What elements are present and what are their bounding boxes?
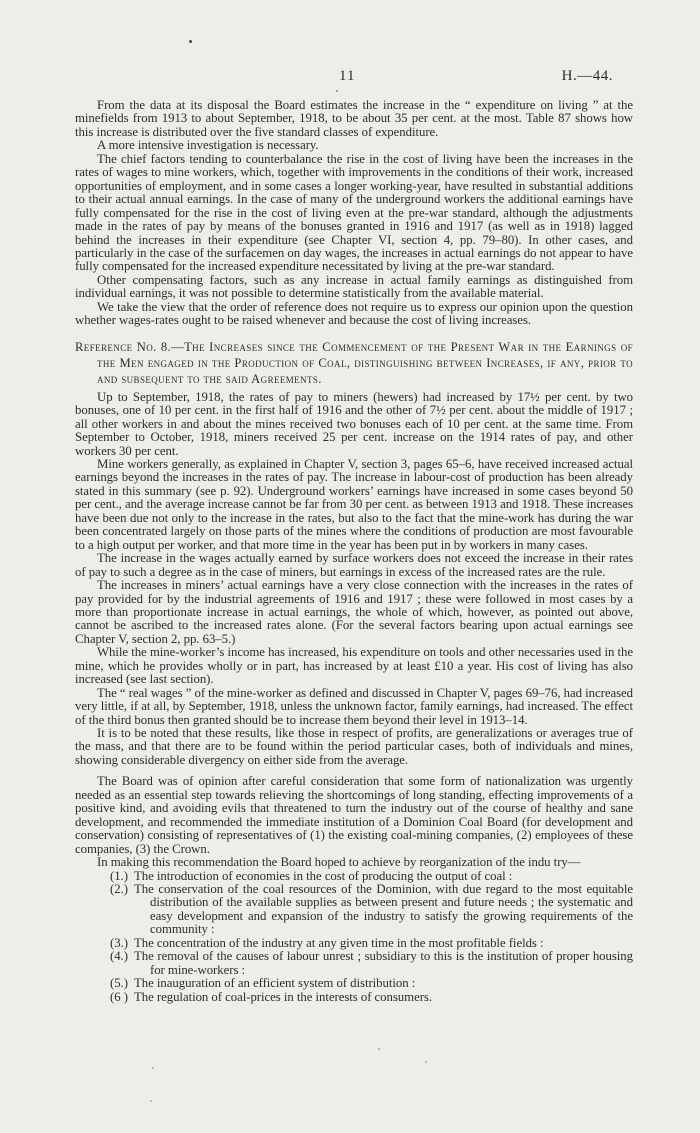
scanned-document-page: 11 H.—44. From the data at its disposal … <box>0 0 700 1133</box>
paragraph: Up to September, 1918, the rates of pay … <box>75 391 633 458</box>
paragraph: Other compensating factors, such as any … <box>75 274 633 301</box>
paragraph: In making this recommendation the Board … <box>75 856 633 869</box>
paragraph: From the data at its disposal the Board … <box>75 99 633 139</box>
section-heading: Reference No. 8.—The Increases since the… <box>75 339 633 387</box>
paragraph: We take the view that the order of refer… <box>75 301 633 328</box>
page-content: 11 H.—44. From the data at its disposal … <box>75 68 633 1004</box>
page-header: 11 H.—44. <box>75 68 633 85</box>
list-item-marker: (1.) <box>110 870 131 883</box>
list-item-marker: (4.) <box>110 950 131 963</box>
list-item-text: The conservation of the coal resources o… <box>134 882 633 936</box>
document-reference: H.—44. <box>562 68 613 85</box>
list-item-text: The regulation of coal-prices in the int… <box>134 990 432 1004</box>
page-body: From the data at its disposal the Board … <box>75 99 633 1004</box>
list-item-text: The removal of the causes of labour unre… <box>134 949 633 976</box>
scan-speck <box>378 1048 380 1050</box>
list-item-marker: (3.) <box>110 937 131 950</box>
list-item: (1.)The introduction of economies in the… <box>75 870 633 883</box>
page-number: 11 <box>339 68 355 85</box>
paragraph: The increase in the wages actually earne… <box>75 552 633 579</box>
scan-speck <box>189 40 192 43</box>
list-item-text: The concentration of the industry at any… <box>134 936 544 950</box>
list-item-text: The introduction of economies in the cos… <box>134 869 512 883</box>
scan-speck <box>425 1061 427 1063</box>
recommendations-list: (1.)The introduction of economies in the… <box>75 870 633 1005</box>
paragraph: The chief factors tending to counterbala… <box>75 153 633 274</box>
paragraph: While the mine-worker’s income has incre… <box>75 646 633 686</box>
list-item: (2.)The conservation of the coal resourc… <box>75 883 633 937</box>
paragraph: The increases in miners’ actual earnings… <box>75 579 633 646</box>
paragraph: A more intensive investigation is necess… <box>75 139 633 152</box>
paragraph: The Board was of opinion after careful c… <box>75 775 633 856</box>
list-item: (6 )The regulation of coal-prices in the… <box>75 991 633 1004</box>
paragraph: Mine workers generally, as explained in … <box>75 458 633 552</box>
paragraph: It is to be noted that these results, li… <box>75 727 633 767</box>
list-item: (3.)The concentration of the industry at… <box>75 937 633 950</box>
paragraph: The “ real wages ” of the mine-worker as… <box>75 687 633 727</box>
list-item-text: The inauguration of an efficient system … <box>134 976 415 990</box>
list-item: (4.)The removal of the causes of labour … <box>75 950 633 977</box>
list-item-marker: (5.) <box>110 977 131 990</box>
list-item-marker: (2.) <box>110 883 131 896</box>
list-item: (5.)The inauguration of an efficient sys… <box>75 977 633 990</box>
scan-speck <box>150 1100 152 1102</box>
list-item-marker: (6 ) <box>110 991 131 1004</box>
scan-speck <box>152 1067 154 1069</box>
